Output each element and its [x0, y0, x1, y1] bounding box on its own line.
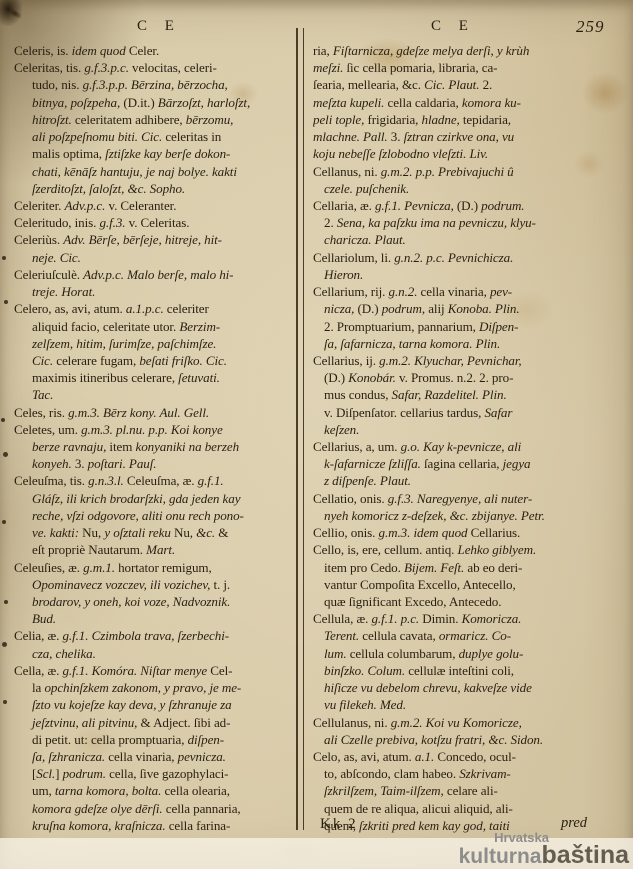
text-line: la opchinſzkem zakonom, y pravo, je me-: [14, 679, 297, 696]
text-line: meſzi. ſic cella pomaria, libraria, ca-: [313, 59, 611, 76]
text-line: Cello, is, ere, cellum. antiq. Lehko gib…: [313, 541, 611, 558]
text-line: maximis itineribus celerare, ſetuvati.: [14, 369, 297, 386]
text-line: Cellariolum, li. g.n.2. p.c. Pevnichicza…: [313, 249, 611, 266]
text-line: konyeh. 3. poſtari. Pauſ.: [14, 455, 297, 472]
running-head-right: C E: [431, 18, 475, 35]
text-line: Celeris, is. idem quod Celer.: [14, 42, 297, 59]
text-line: charicza. Plaut.: [313, 231, 611, 248]
text-line: to, abſcondo, clam habeo. Szkrivam-: [313, 765, 611, 782]
text-line: zelſzem, hitim, ſurimſze, paſchimſze.: [14, 335, 297, 352]
text-line: koju nebeſſe ſzlobodno vleſzti. Liv.: [313, 145, 611, 162]
text-line: meſzta kupeli. cella caldaria, komora ku…: [313, 94, 611, 111]
scan-corner-shadow: [0, 0, 23, 27]
ink-speck: [4, 300, 8, 304]
text-line: vu filekeh. Med.: [313, 696, 611, 713]
text-line: [Scl.] podrum. cella, ſive gazophylaci-: [14, 765, 297, 782]
text-line: mlachne. Pall. 3. ſztran czirkve ona, vu: [313, 128, 611, 145]
text-line: lum. cellula columbarum, duplye golu-: [313, 645, 611, 662]
text-line: ſzkrilſzem, Taim-ilſzem, celare ali-: [313, 782, 611, 799]
text-line: Celeriter. Adv.p.c. v. Celeranter.: [14, 197, 297, 214]
ink-speck: [3, 700, 7, 704]
text-line: Celeritas, tis. g.f.3.p.c. velocitas, ce…: [14, 59, 297, 76]
text-line: bitnya, poſzpeha, (D.it.) Bārzoſzt, harl…: [14, 94, 297, 111]
text-line: ria, Fiſtarnicza, gdeſze melya derſi, y …: [313, 42, 611, 59]
text-line: di petit. ut: cella promptuaria, diſpen-: [14, 731, 297, 748]
text-line: ve. kakti: Nu, y oſztali reku Nu, &c. &: [14, 524, 297, 541]
text-line: malis optima, ſztiſzke kay berſe dokon-: [14, 145, 297, 162]
text-line: ſzto vu kojeſze kay deva, y ſzhranuje za: [14, 696, 297, 713]
text-column-left: Celeris, is. idem quod Celer.Celeritas, …: [14, 42, 297, 834]
text-line: Terent. cellula cavata, ormaricz. Co-: [313, 627, 611, 644]
text-line: Tac.: [14, 386, 297, 403]
text-line: quæ ſignificant Excedo, Antecedo.: [313, 593, 611, 610]
ink-speck: [2, 520, 6, 524]
text-line: 2. Sena, ka paſzku ima na pevniczu, klyu…: [313, 214, 611, 231]
text-line: Cellarius, a, um. g.o. Kay k-pevnicze, a…: [313, 438, 611, 455]
text-line: Bud.: [14, 610, 297, 627]
text-line: Cellarius, ij. g.m.2. Klyuchar, Pevnicha…: [313, 352, 611, 369]
text-line: Hieron.: [313, 266, 611, 283]
text-line: Celero, as, avi, atum. a.1.p.c. celerite…: [14, 300, 297, 317]
text-line: Cellulanus, ni. g.m.2. Koi vu Komoricze,: [313, 714, 611, 731]
ink-speck: [2, 256, 6, 260]
watermark-line1: Hrvatska: [459, 831, 549, 844]
catchword: pred: [561, 815, 587, 832]
running-head-left: C E: [137, 18, 181, 35]
text-line: Celo, as, avi, atum. a.1. Concedo, ocul-: [313, 748, 611, 765]
ink-speck: [3, 452, 8, 457]
text-line: neje. Cic.: [14, 249, 297, 266]
ink-speck: [1, 418, 5, 422]
text-line: Cellatio, onis. g.f.3. Naregyenye, ali n…: [313, 490, 611, 507]
text-line: ali Czelle prebiva, kotſzu fratri, &c. S…: [313, 731, 611, 748]
watermark-word-kulturna: kulturna: [459, 845, 542, 868]
ink-speck: [4, 600, 8, 604]
text-line: ſa, ſafarnicza, tarna komora. Plin.: [313, 335, 611, 352]
text-line: Cic. celerare fugam, beſati friſko. Cic.: [14, 352, 297, 369]
text-line: jeſztvinu, ali pitvinu, & Adject. ſibi a…: [14, 714, 297, 731]
text-line: Celia, æ. g.f.1. Czimbola trava, ſzerbec…: [14, 627, 297, 644]
text-line: reche, vſzi odgovore, aliti onu rech pon…: [14, 507, 297, 524]
text-line: vantur Compoſita Excello, Antecello,: [313, 576, 611, 593]
text-line: ali poſzpeſnomu biti. Cic. celeritas in: [14, 128, 297, 145]
text-line: Gláſz, ili krich brodarſzki, gda jeden k…: [14, 490, 297, 507]
text-line: mus condus, Safar, Razdelitel. Plin.: [313, 386, 611, 403]
text-line: ſa, ſzhranicza. cella vinaria, pevnicza.: [14, 748, 297, 765]
text-line: tudo, nis. g.f.3.p.p. Bērzina, bērzocha,: [14, 76, 297, 93]
text-line: 2. Promptuarium, pannarium, Diſpen-: [313, 318, 611, 335]
text-line: nyeh komoricz z-deſzek, &c. zbijanye. Pe…: [313, 507, 611, 524]
text-line: hiſicze vu debelom chrevu, kakveſze vide: [313, 679, 611, 696]
column-divider-rule: [296, 28, 304, 830]
text-line: chati, kēnāſz hantuju, je naj bolye. kak…: [14, 163, 297, 180]
text-line: ſearia, mellearia, &c. Cic. Plaut. 2.: [313, 76, 611, 93]
text-line: brodarov, y oneh, koi voze, Nadvoznik.: [14, 593, 297, 610]
text-line: Celeritudo, inis. g.f.3. v. Celeritas.: [14, 214, 297, 231]
text-line: aliquid facio, celeritate utor. Berzim-: [14, 318, 297, 335]
text-line: Celeuſies, æ. g.m.1. hortator remigum,: [14, 559, 297, 576]
text-line: v. Diſpenſator. cellarius tardus, Safar: [313, 404, 611, 421]
text-line: Opominavecz vozczev, ili vozichev, t. j.: [14, 576, 297, 593]
text-line: Celeriuſculè. Adv.p.c. Malo berſe, malo …: [14, 266, 297, 283]
watermark-word-bastina: baština: [541, 841, 629, 869]
text-line: (D.) Konobár. v. Promus. n.2. 2. pro-: [313, 369, 611, 386]
text-line: kruſna komora, kraſnicza. cella farina-: [14, 817, 297, 834]
text-line: um, tarna komora, bolta. cella olearia,: [14, 782, 297, 799]
text-line: Celes, ris. g.m.3. Bērz kony. Aul. Gell.: [14, 404, 297, 421]
text-line: eſt propriè Nautarum. Mart.: [14, 541, 297, 558]
text-line: Cellanus, ni. g.m.2. p.p. Prebivajuchi û: [313, 163, 611, 180]
text-column-right: ria, Fiſtarnicza, gdeſze melya derſi, y …: [313, 42, 611, 834]
text-line: Celetes, um. g.m.3. pl.nu. p.p. Koi kony…: [14, 421, 297, 438]
text-line: hitroſzt. celeritatem adhibere, bērzomu,: [14, 111, 297, 128]
text-line: Cellio, onis. g.m.3. idem quod Cellarius…: [313, 524, 611, 541]
text-line: Cellula, æ. g.f.1. p.c. Dimin. Komoricza…: [313, 610, 611, 627]
text-line: cza, chelika.: [14, 645, 297, 662]
text-line: Celeuſma, tis. g.n.3.l. Celeuſma, æ. g.f…: [14, 472, 297, 489]
text-line: item pro Cedo. Bijem. Feſt. ab eo deri-: [313, 559, 611, 576]
text-line: binſzko. Colum. cellulæ inteſtini coli,: [313, 662, 611, 679]
text-line: ſzerditoſzt, ſaloſzt, &c. Sopho.: [14, 180, 297, 197]
text-line: nicza, (D.) podrum, alij Konoba. Plin.: [313, 300, 611, 317]
text-line: komora gdeſze olye dērſi. cella pannaria…: [14, 800, 297, 817]
text-line: k-ſafarnicze ſzliſſa. ſagina cellaria, j…: [313, 455, 611, 472]
text-line: berze ravnaju, item konyaniki na berzeh: [14, 438, 297, 455]
text-line: Cellarium, rij. g.n.2. cella vinaria, pe…: [313, 283, 611, 300]
ink-speck: [2, 642, 7, 647]
text-line: Cella, æ. g.f.1. Komóra. Niſtar menye Ce…: [14, 662, 297, 679]
watermark: Hrvatska kulturnabaština: [459, 831, 629, 868]
text-line: Cellaria, æ. g.f.1. Pevnicza, (D.) podru…: [313, 197, 611, 214]
page-number: 259: [576, 17, 605, 37]
text-line: Celeriùs. Adv. Bērſe, bērſeje, hitreje, …: [14, 231, 297, 248]
text-line: z diſpenſe. Plaut.: [313, 472, 611, 489]
text-line: peli tople, frigidaria, hladne, tepidari…: [313, 111, 611, 128]
text-line: czele. puſchenik.: [313, 180, 611, 197]
document-page: C E C E 259 Celeris, is. idem quod Celer…: [0, 0, 633, 869]
signature-mark: Kk 2: [320, 816, 358, 833]
text-line: keſzen.: [313, 421, 611, 438]
text-line: treje. Horat.: [14, 283, 297, 300]
ink-smudge: [6, 6, 23, 20]
